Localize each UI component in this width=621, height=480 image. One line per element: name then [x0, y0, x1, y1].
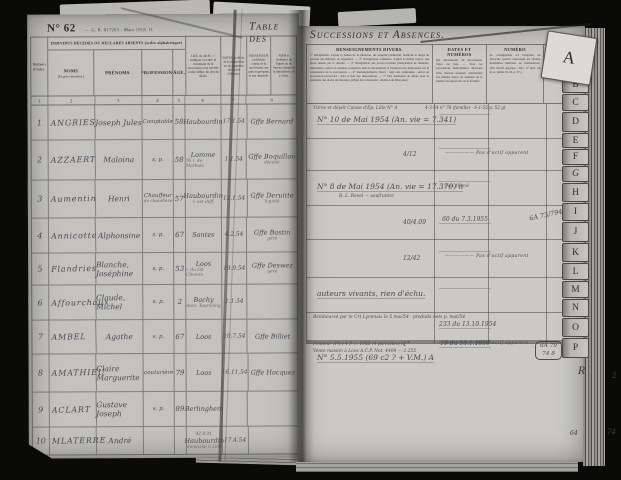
firstnames: Alphonsine	[96, 218, 144, 252]
col-header-prenoms: PRÉNOMS.	[95, 50, 143, 95]
left-page: N° 62 — G. R. 817263 - Mars 1918. O. Tab…	[27, 13, 301, 458]
fraction-note: 12/42	[403, 255, 420, 262]
annotation-main: auteurs vivants, rien d'échu.	[317, 289, 425, 299]
age: 67	[174, 320, 186, 353]
printer-imprint: — G. R. 817263 - Mars 1918. O.	[85, 27, 154, 32]
annotation-row: auteurs vivants, rien d'échu.	[307, 278, 584, 313]
annotation-row: 4/12 —————— Pas d'actif apparent	[307, 139, 584, 171]
firstnames: Blanche, Joséphine	[96, 253, 144, 284]
death-place: Bachy dom. Tourcoing	[186, 285, 222, 319]
annotation-main: N° 10 de Mai 1954 (An. vie = 7.341)	[317, 115, 456, 125]
row-number: 4	[32, 219, 49, 253]
faint-note: —————— Pas d'actif apparent	[445, 151, 575, 156]
column-number: 2	[48, 96, 95, 104]
death-place: 42 R.M. Haubourdin domicilié à Lille	[187, 427, 223, 454]
profession: couturière	[144, 354, 175, 391]
row-number: 1	[31, 106, 48, 140]
table-body-left: 1 ANGRIES Joseph Jules Comptable 58 Haub…	[31, 104, 298, 454]
table-row: 6 Affourchaux Claude, Michel s. p. 2 Bac…	[32, 284, 297, 320]
table-row: 7 AMBEL Agathe s. p. 67 Loos 10.7.54	[32, 319, 297, 354]
declaration-date-number	[439, 181, 491, 182]
index-tab[interactable]: G	[562, 166, 589, 182]
row-number: 2	[32, 141, 49, 180]
profession: s. p.	[144, 320, 175, 353]
profession: s. p.	[144, 285, 175, 319]
register-table-left: Numéro d'ordre. INDIVIDUS DÉCÉDÉS OU DÉC…	[30, 35, 299, 455]
column-number: 3	[95, 96, 143, 104]
index-tab[interactable]: E	[562, 133, 589, 148]
column-number: 1	[31, 97, 48, 105]
col-header-numero-consignation: NUMÉRO de consignation ou récépissé au f…	[487, 45, 545, 103]
table-row: 10 MLATERRE André 42 R.M. Haubourdin dom…	[33, 426, 298, 454]
death-place: Haubourdin r. est duff	[186, 180, 222, 217]
table-row: 2 AZZAERT Maloina s. p. 58 Lomme 76 r. d…	[32, 139, 297, 180]
row-number: 6	[32, 286, 49, 320]
declaration-date-number	[439, 342, 491, 343]
edge-mark: 74	[607, 428, 616, 436]
profession: s. p.	[144, 392, 175, 426]
column-number: 4	[143, 96, 174, 104]
edge-mark: 64	[570, 430, 578, 437]
profession	[144, 427, 175, 454]
declaration-date-number	[439, 288, 491, 289]
annotation-small: Titres et dépôt Caisse d'Ép. Lille N° 4	[313, 106, 397, 111]
annotation-row: 40/4.09 60 du 7.3.1955 6A 73/794	[307, 206, 584, 240]
declaration-date-number	[439, 148, 491, 149]
annotation-main: N° 5.5.1955 (69 c2 ? + V.M.) A	[317, 353, 434, 363]
table-row: 3 Aumentin Henri Chauffeur de chaudière …	[32, 179, 297, 218]
profession: s. p.	[143, 253, 174, 284]
annotation-row: Titres et dépôt Caisse d'Ép. Lille N° 4 …	[307, 104, 584, 139]
register-table-right: RENSEIGNEMENTS DIVERS. 1° Désignation, d…	[306, 44, 585, 344]
annotation-sub: R. L. Revel — usufruitier	[339, 194, 394, 199]
surname: ANGRIES	[48, 105, 96, 140]
profession: s. p.	[143, 218, 174, 252]
annotation-row: N° 8 de Mai 1954 (An. vie = 17.370) h R.…	[307, 171, 584, 206]
table-row: 1 ANGRIES Joseph Jules Comptable 58 Haub…	[31, 104, 296, 140]
annotation-row: N° 5.5.1955 (69 c2 ? + V.M.) A	[307, 342, 584, 343]
col-header-lieu: LIEU du décès. — Indiquer en outre la co…	[186, 37, 222, 95]
col-header-profession: PROFESSION.	[142, 50, 173, 95]
page-title-right: Successions et Absences.	[310, 29, 445, 41]
annotation-main: N° 8 de Mai 1954 (An. vie = 17.370) h	[317, 182, 463, 192]
death-place: Berlinghem	[186, 392, 222, 426]
table-row: 4 Annicotte Alphonsine s. p. 67 Santes 4…	[32, 217, 297, 253]
death-date: 1.1.54	[221, 140, 247, 179]
col-header-dates-numeros: DATES ET NUMÉROS des déclarations de suc…	[433, 45, 487, 103]
col-header-numero: Numéro d'ordre.	[31, 38, 48, 96]
age: 53	[174, 253, 186, 284]
faint-note: Pas forcé	[445, 184, 575, 189]
row-number: 8	[33, 355, 50, 392]
index-tab[interactable]: R	[568, 362, 595, 379]
surname: Annicotte	[48, 218, 96, 253]
col-header-possesseur: POSSESSEUR ou héritier connu de la succe…	[247, 37, 272, 95]
faint-note: —————— Pas d'actif apparent	[445, 254, 575, 259]
table-row: 9 ACLART Gustave Joseph s. p. 89 Berling…	[33, 391, 298, 427]
declaration-date-number: 60 du 7.3.1955	[439, 216, 491, 224]
table-row: 5 Flandries Blanche, Joséphine s. p. 53 …	[32, 252, 297, 285]
surname: AMBEL	[49, 320, 96, 354]
index-tab[interactable]: C	[562, 94, 589, 111]
torn-paper-scrap	[338, 8, 417, 27]
index-tab[interactable]: N	[562, 299, 589, 317]
right-page: Successions et Absences. RENSEIGNEMENTS …	[298, 26, 585, 462]
age: 67	[174, 218, 186, 252]
surname: Aumentin	[48, 180, 96, 218]
annotation-small-right: 4-3-54 n° 78 (famille) · 6-1-55 p. 52 gt	[425, 105, 506, 110]
firstnames: Agathe	[96, 320, 144, 353]
fraction-note: 4/12	[403, 151, 416, 158]
surname: AMATHIEU	[49, 354, 97, 392]
edge-mark: 2	[612, 372, 616, 380]
index-tab[interactable]: P	[562, 338, 589, 358]
death-place: Haubourdin	[185, 105, 221, 139]
row-number: 9	[33, 393, 50, 427]
surname: MLATERRE	[49, 427, 97, 455]
death-date: 17.1.54	[221, 105, 247, 139]
death-date: 16.11.54	[222, 354, 248, 391]
profession: Chauffeur de chaudière	[143, 180, 174, 217]
death-place: Lomme 76 r. de Marbaix	[186, 140, 222, 179]
index-tab[interactable]: A	[541, 30, 598, 85]
index-tab[interactable]: M	[562, 281, 589, 298]
col-header-renseignements: RENSEIGNEMENTS DIVERS. 1° Désignation, d…	[307, 45, 433, 103]
index-tab[interactable]: L	[562, 263, 589, 280]
index-tab[interactable]: H	[562, 183, 589, 202]
index-tab[interactable]: O	[562, 318, 589, 337]
surname: AZZAERT	[48, 140, 96, 180]
age: 79	[175, 354, 187, 391]
declaration-date-number: 233 du 13.10.1954	[439, 321, 491, 329]
column-number: 6	[185, 96, 221, 104]
annotation-row: Remboursé par le Crt Lyonnais le 5 mai/5…	[307, 313, 584, 340]
profession: s. p.	[143, 140, 174, 179]
age: 2	[174, 285, 186, 319]
death-place: Loos	[186, 320, 222, 353]
age: 58	[174, 140, 186, 179]
fraction-note: 40/4.09	[403, 219, 426, 226]
col-header-age: ÂGE.	[173, 50, 185, 95]
column-number: 5	[173, 96, 185, 104]
form-number: N° 62	[47, 22, 76, 34]
death-place: Santes	[186, 218, 222, 252]
death-place: Loos	[186, 354, 222, 391]
index-tab[interactable]: F	[562, 149, 589, 165]
book-fold-shadow	[288, 10, 314, 462]
col-header-noms: NOMS (En gros caractères.)	[48, 50, 95, 95]
index-tab[interactable]: D	[562, 112, 589, 132]
firstnames: Joseph Jules	[95, 105, 143, 139]
table-header: Numéro d'ordre. INDIVIDUS DÉCÉDÉS OU DÉC…	[31, 36, 296, 96]
annotation-small: Remboursé par le Crt Lyonnais le 5 mai/5…	[313, 315, 465, 320]
firstnames: Henri	[96, 180, 144, 217]
observation-mark: 6A 73/794	[529, 208, 564, 223]
annotation-row: 12/42 —————— Pas d'actif apparent	[307, 240, 584, 278]
profession: Comptable	[143, 105, 174, 139]
table-row: 8 AMATHIEU Claire Marguerite couturière …	[33, 353, 298, 392]
table-band-title: INDIVIDUS DÉCÉDÉS OU DÉCLARÉS ABSENTS (o…	[48, 37, 185, 51]
index-tab[interactable]: J	[562, 222, 589, 242]
row-number: 5	[32, 254, 49, 285]
table-body-right: Titres et dépôt Caisse d'Ép. Lille N° 4 …	[307, 104, 584, 343]
row-number: 7	[32, 321, 49, 354]
index-tab[interactable]: I	[562, 203, 589, 221]
firstnames: Gustave Joseph	[96, 392, 144, 426]
firstnames: Maloina	[95, 140, 143, 179]
surname: Flandries	[49, 253, 97, 285]
surname: Affourchaux	[49, 285, 97, 320]
index-tab[interactable]: K	[562, 243, 589, 262]
surname: ACLART	[49, 392, 96, 427]
declaration-date-number	[439, 251, 491, 252]
column-number: 7	[221, 96, 247, 104]
death-place: Loos r. du Gd Chemin	[186, 253, 222, 284]
declaration-date-number	[439, 114, 491, 115]
row-number: 3	[32, 181, 49, 218]
